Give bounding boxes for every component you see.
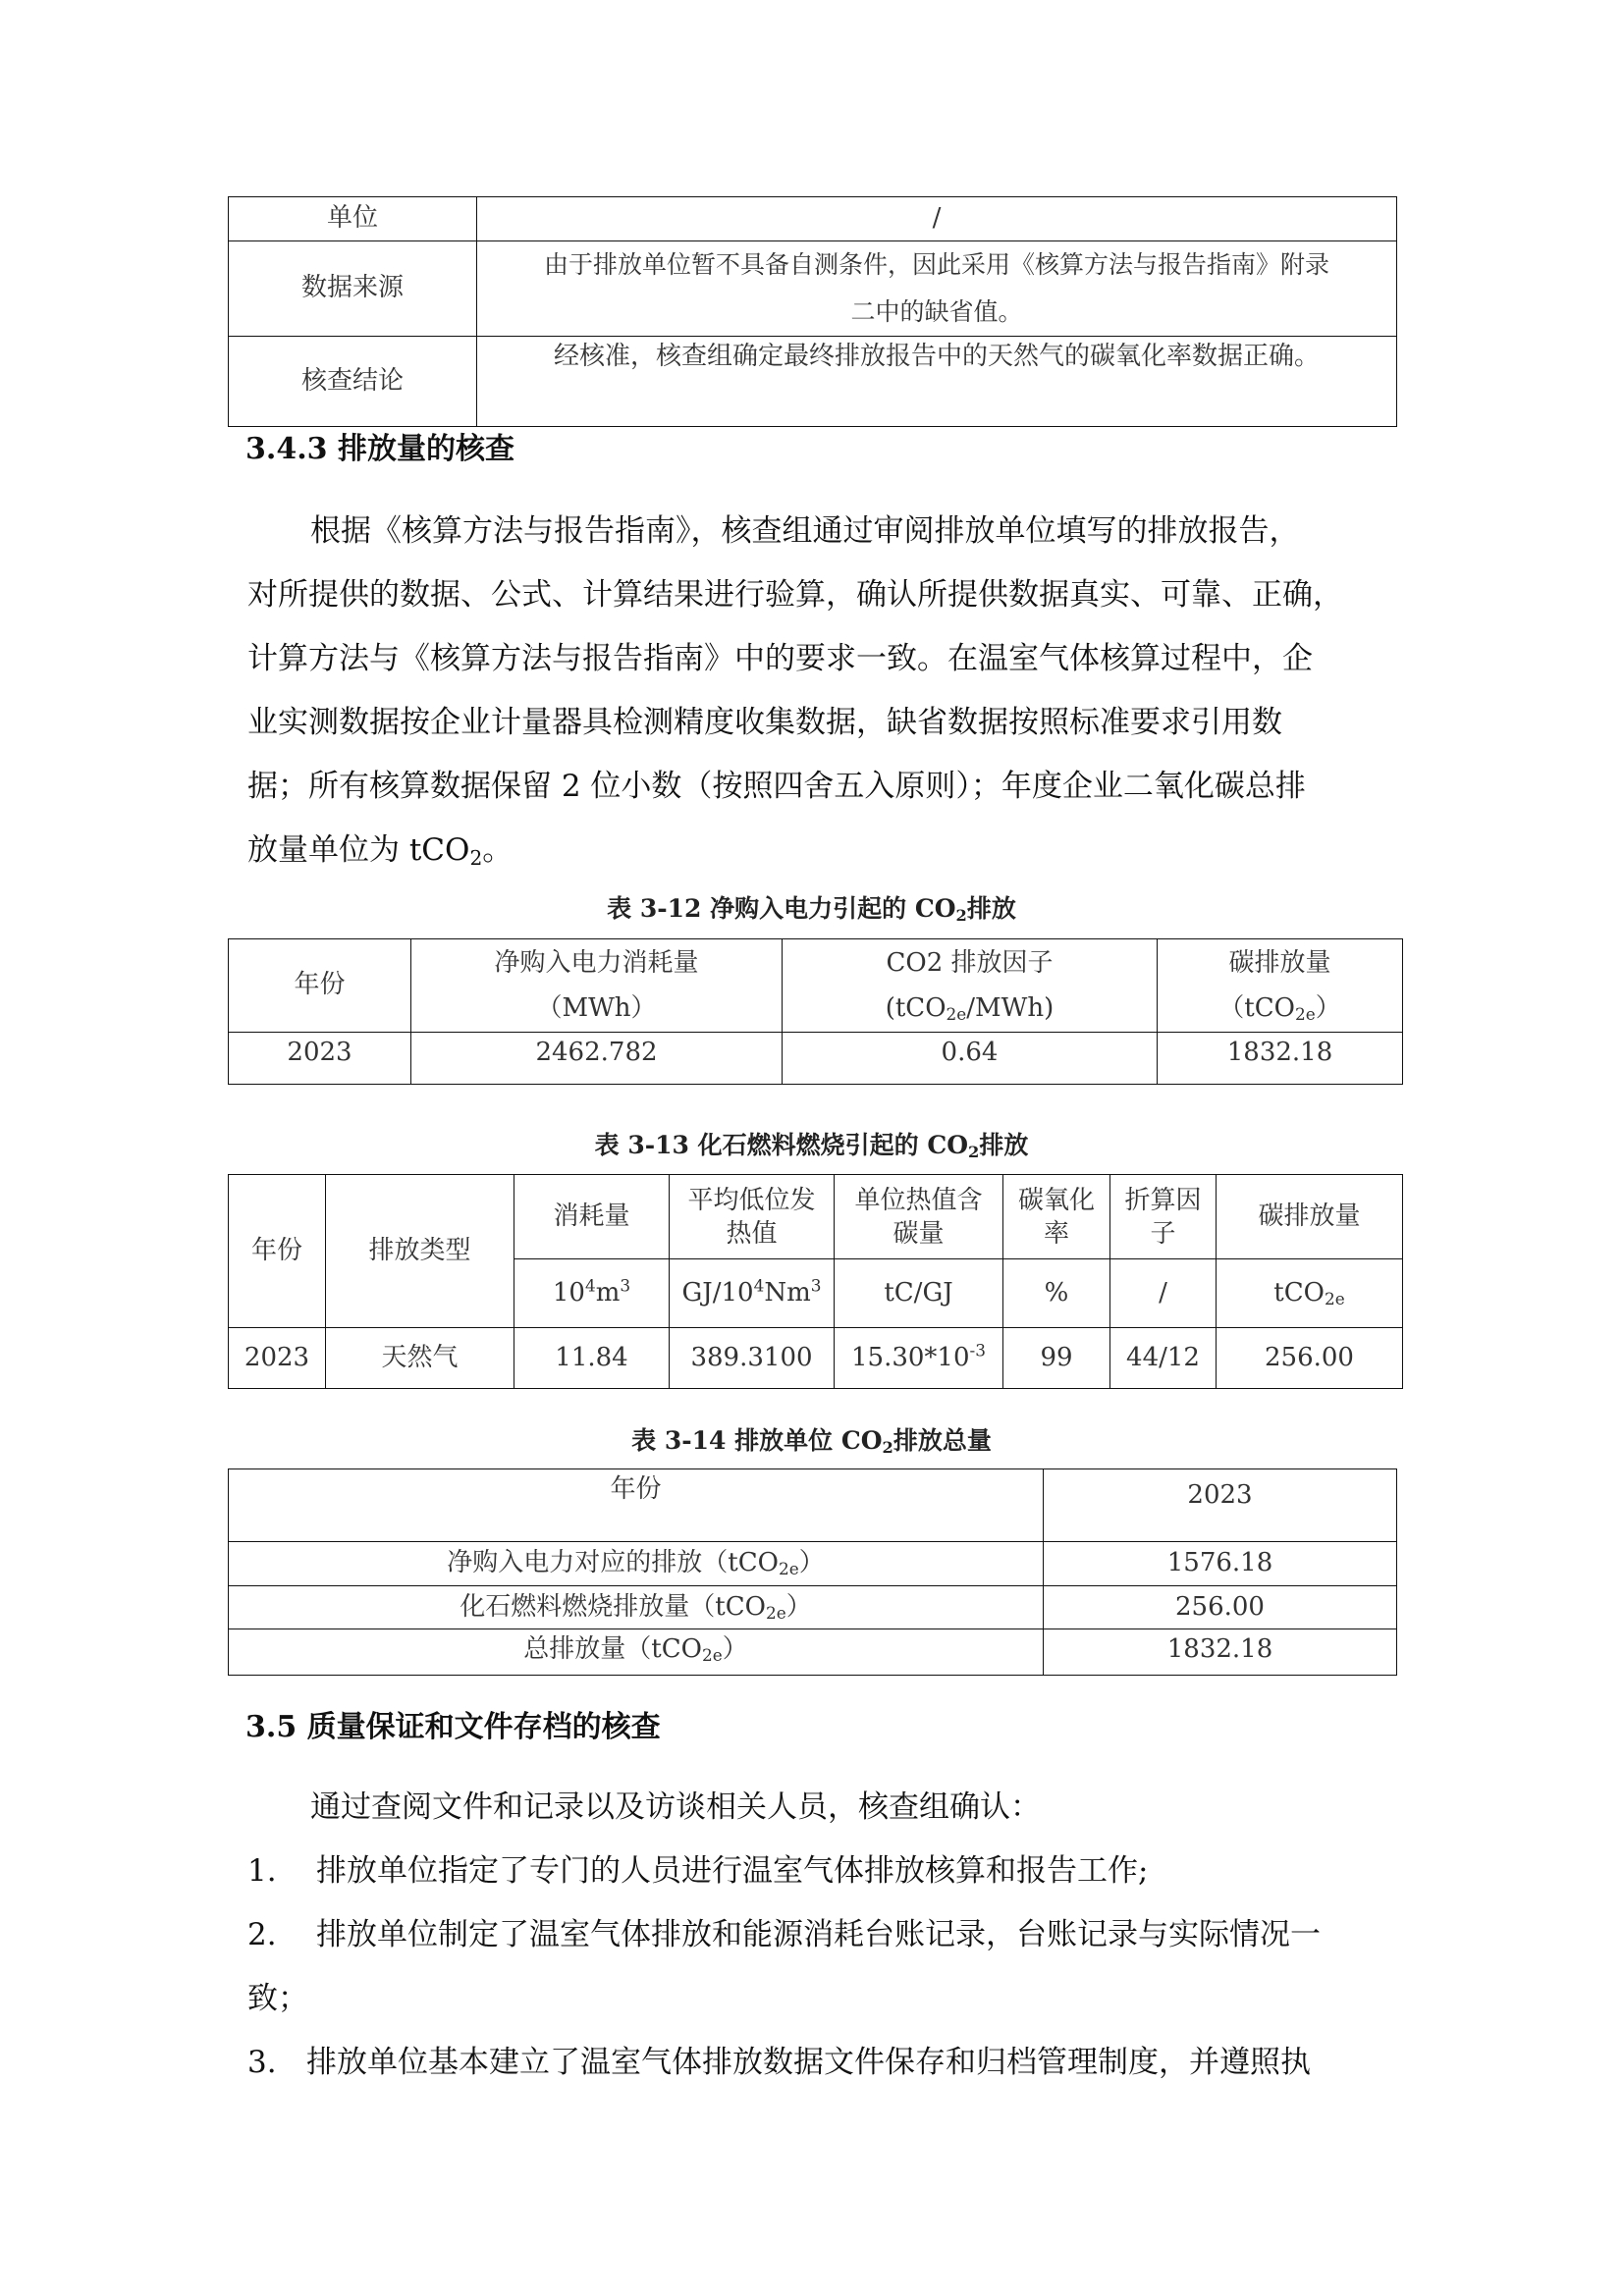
table-3-14-caption: 表 3-14 排放单位 CO2排放总量	[0, 1421, 1623, 1457]
table-row: 数据来源 由于排放单位暂不具备自测条件，因此采用《核算方法与报告指南》附录 二中…	[229, 241, 1397, 337]
caption-text-suffix: 排放	[967, 894, 1016, 923]
unit-subscript: 2e	[1295, 1004, 1316, 1024]
unit-consumption: 104m3	[514, 1259, 670, 1328]
header-line: 率	[1007, 1217, 1106, 1251]
row-label-data-source: 数据来源	[229, 241, 477, 337]
header-carbon-emission: 碳排放量	[1217, 1175, 1403, 1259]
paragraph-line: 对所提供的数据、公式、计算结果进行验算，确认所提供数据真实、可靠、正确，	[247, 569, 1406, 614]
header-emission-type: 排放类型	[326, 1175, 514, 1328]
header-unit: (tCO2e/MWh)	[786, 986, 1153, 1031]
header-line: CO2 排放因子	[786, 940, 1153, 986]
caption-text-suffix: 排放总量	[893, 1426, 992, 1455]
row-value-conclusion: 经核准，核查组确定最终排放报告中的天然气的碳氧化率数据正确。	[477, 337, 1397, 427]
table-header-row: 年份 净购入电力消耗量 （MWh） CO2 排放因子 (tCO2e/MWh) 碳…	[229, 939, 1403, 1033]
row-value-total: 1832.18	[1044, 1629, 1397, 1676]
caption-text: 表 3-14 排放单位 CO	[631, 1426, 882, 1455]
table-3-13: 年份 排放类型 消耗量 平均低位发 热值 单位热值含 碳量 碳氧化 率 折算因 …	[228, 1174, 1403, 1389]
table-row: 2023 2462.782 0.64 1832.18	[229, 1033, 1403, 1085]
header-line: 碳排放量	[1162, 940, 1398, 986]
header-line: 净购入电力消耗量	[415, 940, 778, 986]
header-unit: （tCO2e）	[1162, 986, 1398, 1031]
list-text: 排放单位指定了专门的人员进行温室气体排放核算和报告工作;	[316, 1853, 1148, 1889]
subscript: 2	[469, 846, 482, 870]
list-item: 3.排放单位基本建立了温室气体排放数据文件保存和归档管理制度，并遵照执	[247, 2037, 1406, 2081]
unit-text: （tCO	[1218, 993, 1295, 1023]
unit-text: ）	[1316, 993, 1341, 1023]
table-row: 总排放量（tCO2e） 1832.18	[229, 1629, 1397, 1676]
paragraph-line: 根据《核算方法与报告指南》，核查组通过审阅排放单位填写的排放报告，	[247, 506, 1469, 550]
list-number: 3.	[247, 2045, 306, 2080]
unit-text: (tCO	[886, 993, 947, 1023]
header-line: 折算因	[1114, 1184, 1212, 1217]
table-row: 核查结论 经核准，核查组确定最终排放报告中的天然气的碳氧化率数据正确。	[229, 337, 1397, 427]
header-emission-factor: CO2 排放因子 (tCO2e/MWh)	[783, 939, 1158, 1033]
header-oxidation-rate: 碳氧化 率	[1003, 1175, 1110, 1259]
header-carbon-emission: 碳排放量 （tCO2e）	[1158, 939, 1403, 1033]
caption-subscript: 2	[956, 906, 967, 925]
cell-avg-heat: 389.3100	[670, 1328, 835, 1389]
cell-year: 2023	[229, 1328, 326, 1389]
table-row: 化石燃料燃烧排放量（tCO2e） 256.00	[229, 1586, 1397, 1629]
unit-avg-heat: GJ/104Nm3	[670, 1259, 835, 1328]
caption-subscript: 2	[968, 1143, 979, 1161]
list-item: 1.排放单位指定了专门的人员进行温室气体排放核算和报告工作;	[247, 1845, 1406, 1890]
row-value-unit: /	[477, 197, 1397, 241]
table-3-12-caption: 表 3-12 净购入电力引起的 CO2排放	[0, 889, 1623, 925]
header-year: 年份	[229, 939, 411, 1033]
header-year-label: 年份	[229, 1469, 1044, 1542]
table-row: 2023 天然气 11.84 389.3100 15.30*10-3 99 44…	[229, 1328, 1403, 1389]
unit-text: /MWh)	[966, 993, 1054, 1023]
cell-unit-carbon: 15.30*10-3	[835, 1328, 1003, 1389]
cell-factor: 44/12	[1110, 1328, 1217, 1389]
paragraph-line: 据；所有核算数据保留 2 位小数（按照四舍五入原则）；年度企业二氧化碳总排	[247, 761, 1406, 805]
cell-oxidation: 99	[1003, 1328, 1110, 1389]
row-value-data-source: 由于排放单位暂不具备自测条件，因此采用《核算方法与报告指南》附录 二中的缺省值。	[477, 241, 1397, 337]
paragraph-line: 业实测数据按企业计量器具检测精度收集数据，缺省数据按照标准要求引用数	[247, 697, 1406, 741]
caption-text-suffix: 排放	[979, 1131, 1028, 1159]
unit-factor: /	[1110, 1259, 1217, 1328]
header-line: 碳量	[839, 1217, 999, 1251]
table-row: 净购入电力对应的排放（tCO2e） 1576.18	[229, 1542, 1397, 1586]
header-line: 碳氧化	[1007, 1184, 1106, 1217]
table-3-13-caption: 表 3-13 化石燃料燃烧引起的 CO2排放	[0, 1126, 1623, 1161]
cell-consumption: 2462.782	[411, 1033, 783, 1085]
cell-type: 天然气	[326, 1328, 514, 1389]
header-avg-heat-value: 平均低位发 热值	[670, 1175, 835, 1259]
list-text: 排放单位制定了温室气体排放和能源消耗台账记录，台账记录与实际情况一	[316, 1917, 1321, 1952]
row-label-fossil: 化石燃料燃烧排放量（tCO2e）	[229, 1586, 1044, 1629]
paragraph-line-last: 放量单位为 tCO2。	[247, 825, 1406, 869]
table-3-12: 年份 净购入电力消耗量 （MWh） CO2 排放因子 (tCO2e/MWh) 碳…	[228, 938, 1403, 1085]
row-label-conclusion: 核查结论	[229, 337, 477, 427]
data-source-line-1: 由于排放单位暂不具备自测条件，因此采用《核算方法与报告指南》附录	[481, 241, 1392, 289]
caption-subscript: 2	[883, 1438, 893, 1457]
header-conversion-factor: 折算因 子	[1110, 1175, 1217, 1259]
table-header-row: 年份 2023	[229, 1469, 1397, 1542]
list-text: 排放单位基本建立了温室气体排放数据文件保存和归档管理制度，并遵照执	[306, 2045, 1311, 2080]
table-header-row: 年份 排放类型 消耗量 平均低位发 热值 单位热值含 碳量 碳氧化 率 折算因 …	[229, 1175, 1403, 1259]
header-unit: （MWh）	[415, 986, 778, 1031]
section-3-5-intro: 通过查阅文件和记录以及访谈相关人员，核查组确认：	[247, 1782, 1469, 1826]
header-line: 热值	[674, 1217, 830, 1251]
unit-emission: tCO2e	[1217, 1259, 1403, 1328]
caption-text: 表 3-13 化石燃料燃烧引起的 CO	[595, 1131, 968, 1159]
row-value-electricity: 1576.18	[1044, 1542, 1397, 1586]
row-label-total: 总排放量（tCO2e）	[229, 1629, 1044, 1676]
cell-factor: 0.64	[783, 1033, 1158, 1085]
cell-emission: 256.00	[1217, 1328, 1403, 1389]
header-consumption: 消耗量	[514, 1175, 670, 1259]
paragraph-line: 计算方法与《核算方法与报告指南》中的要求一致。在温室气体核算过程中，企	[247, 633, 1406, 677]
header-year: 年份	[229, 1175, 326, 1328]
cell-consumption: 11.84	[514, 1328, 670, 1389]
list-number: 2.	[247, 1917, 316, 1952]
cell-emission: 1832.18	[1158, 1033, 1403, 1085]
row-value-fossil: 256.00	[1044, 1586, 1397, 1629]
cell-year: 2023	[229, 1033, 411, 1085]
header-year-value: 2023	[1044, 1469, 1397, 1542]
list-item-continuation: 致；	[247, 1973, 1406, 2017]
unit-carbon-content: tC/GJ	[835, 1259, 1003, 1328]
row-label-electricity: 净购入电力对应的排放（tCO2e）	[229, 1542, 1044, 1586]
row-label-unit: 单位	[229, 197, 477, 241]
table-3-14: 年份 2023 净购入电力对应的排放（tCO2e） 1576.18 化石燃料燃烧…	[228, 1468, 1397, 1676]
data-source-line-2: 二中的缺省值。	[481, 289, 1392, 336]
table-row: 单位 /	[229, 197, 1397, 241]
unit-subscript: 2e	[947, 1004, 967, 1024]
caption-text: 表 3-12 净购入电力引起的 CO	[607, 894, 955, 923]
section-heading-3-5: 3.5 质量保证和文件存档的核查	[245, 1702, 661, 1745]
header-line: 单位热值含	[839, 1184, 999, 1217]
unit-oxidation: %	[1003, 1259, 1110, 1328]
section-heading-3-4-3: 3.4.3 排放量的核查	[245, 424, 514, 467]
list-number: 1.	[247, 1853, 316, 1889]
header-line: 平均低位发	[674, 1184, 830, 1217]
paragraph-end: 。	[482, 832, 513, 868]
paragraph-text: 放量单位为 tCO	[247, 832, 469, 868]
header-line: 子	[1114, 1217, 1212, 1251]
list-item: 2.排放单位制定了温室气体排放和能源消耗台账记录，台账记录与实际情况一	[247, 1909, 1406, 1953]
carbon-oxidation-table: 单位 / 数据来源 由于排放单位暂不具备自测条件，因此采用《核算方法与报告指南》…	[228, 196, 1397, 427]
header-unit-carbon: 单位热值含 碳量	[835, 1175, 1003, 1259]
header-electricity-consumption: 净购入电力消耗量 （MWh）	[411, 939, 783, 1033]
